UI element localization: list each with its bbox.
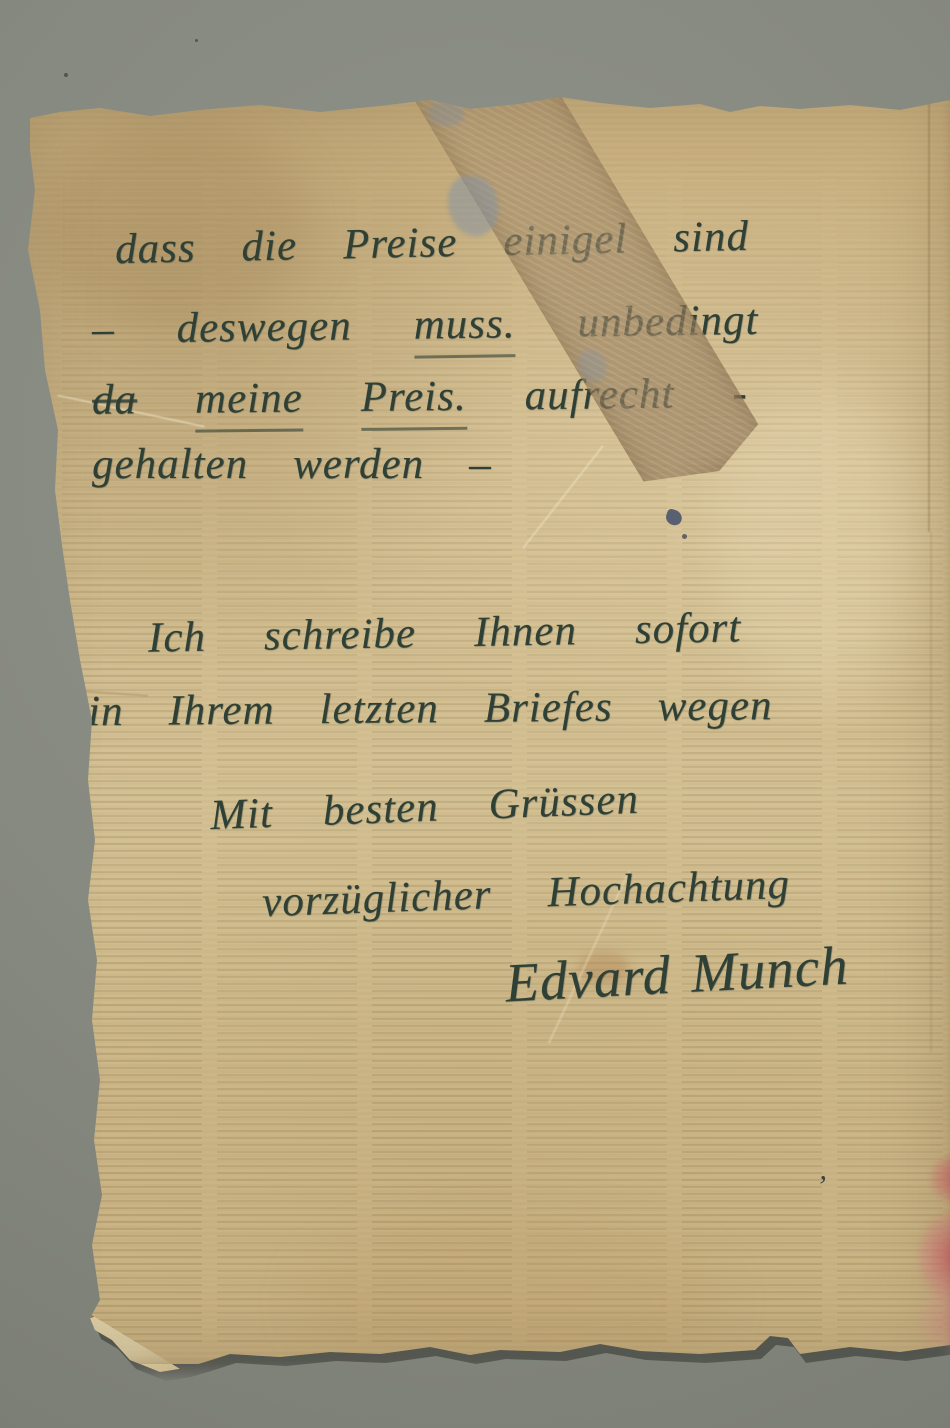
- handwritten-word: dass: [115, 224, 196, 273]
- letter-photograph: dassdiePreiseeinigelsind –deswegenmuss.u…: [0, 0, 950, 1428]
- handwritten-word: sofort: [634, 604, 741, 653]
- handwritten-word: Preis.: [360, 373, 467, 431]
- handwritten-word: –: [92, 306, 115, 353]
- tape-blue-patch: [578, 350, 606, 382]
- handwritten-word: muss.: [413, 300, 516, 358]
- handwritten-word: Preise: [343, 219, 458, 268]
- pink-stain: [894, 1150, 950, 1355]
- handwritten-word: Ihrem: [168, 687, 275, 735]
- handwritten-word: Hochachtung: [547, 861, 791, 916]
- handwriting-line: inIhremletztenBriefeswegen: [88, 681, 818, 736]
- handwritten-word: Briefes: [484, 684, 613, 732]
- handwritten-word: meine: [195, 375, 303, 433]
- handwritten-word: Ihnen: [474, 607, 578, 656]
- handwritten-word: deswegen: [176, 302, 352, 351]
- dust-speck: [64, 73, 68, 77]
- handwritten-word: in: [88, 688, 124, 735]
- letter-paper: dassdiePreiseeinigelsind –deswegenmuss.u…: [22, 92, 950, 1364]
- handwritten-word: Mit: [209, 790, 273, 839]
- handwritten-word: gehalten: [92, 441, 248, 488]
- handwritten-word: wegen: [657, 682, 772, 730]
- signature-word: Edvard: [504, 944, 673, 1014]
- handwritten-word: –: [469, 441, 492, 488]
- handwritten-word: werden: [293, 441, 424, 488]
- handwritten-word: letzten: [319, 685, 439, 733]
- handwritten-word: Ich: [148, 614, 207, 662]
- handwriting-line: gehaltenwerden–: [92, 440, 537, 489]
- handwritten-word: sind: [673, 213, 750, 262]
- dust-speck: [195, 39, 198, 42]
- paper-crease: [928, 100, 930, 532]
- paper-crease: [930, 532, 932, 1052]
- handwritten-word: Grüssen: [488, 776, 640, 829]
- handwritten-word: schreibe: [264, 610, 417, 660]
- handwritten-word: vorzüglicher: [261, 871, 492, 926]
- handwritten-word: da: [92, 376, 137, 423]
- ink-dot: [682, 534, 687, 539]
- signature-word: Munch: [689, 935, 850, 1004]
- handwritten-word: besten: [322, 783, 440, 834]
- handwriting-line: –deswegenmuss.unbedingt: [92, 295, 821, 354]
- handwritten-word: die: [241, 222, 298, 270]
- stray-ink-mark: ʼ: [816, 1170, 826, 1204]
